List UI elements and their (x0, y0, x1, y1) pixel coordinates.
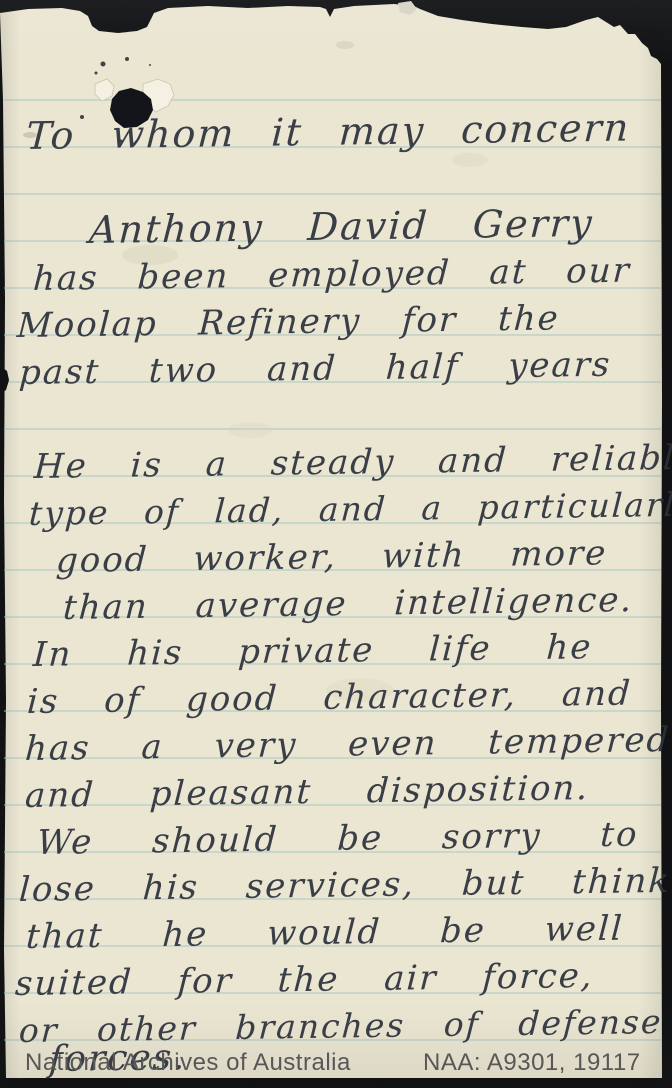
handwriting-line: We should be sorry to (36, 817, 640, 863)
handwriting-line: He is a steady and reliable (33, 440, 672, 487)
handwriting-line: Anthony David Gerry (88, 203, 595, 252)
handwriting-line: To whom it may concern (25, 108, 631, 158)
handwriting-line: is of good character, and (26, 676, 633, 722)
handwriting-line: good worker, with more (55, 535, 608, 580)
handwriting-line: In his private life he (32, 629, 593, 674)
footer-caption: National Archives of Australia NAA: A930… (0, 1049, 672, 1077)
handwriting-line: that he would be well (25, 911, 625, 957)
handwriting-line: suited for the air force, (14, 958, 595, 1004)
archive-label: National Archives of Australia (25, 1049, 351, 1077)
handwriting-line: has been employed at our (32, 253, 632, 299)
handwriting-line: and pleasant disposition. (24, 770, 590, 815)
scanned-letter-page: To whom it may concern Anthony David Ger… (0, 0, 672, 1088)
naa-reference: NAA: A9301, 19117 (423, 1049, 641, 1077)
handwriting-line: than average intelligence. (62, 582, 634, 627)
handwriting-line: past two and half years (18, 347, 613, 393)
handwriting-line: Moolap Refinery for the (16, 300, 561, 345)
